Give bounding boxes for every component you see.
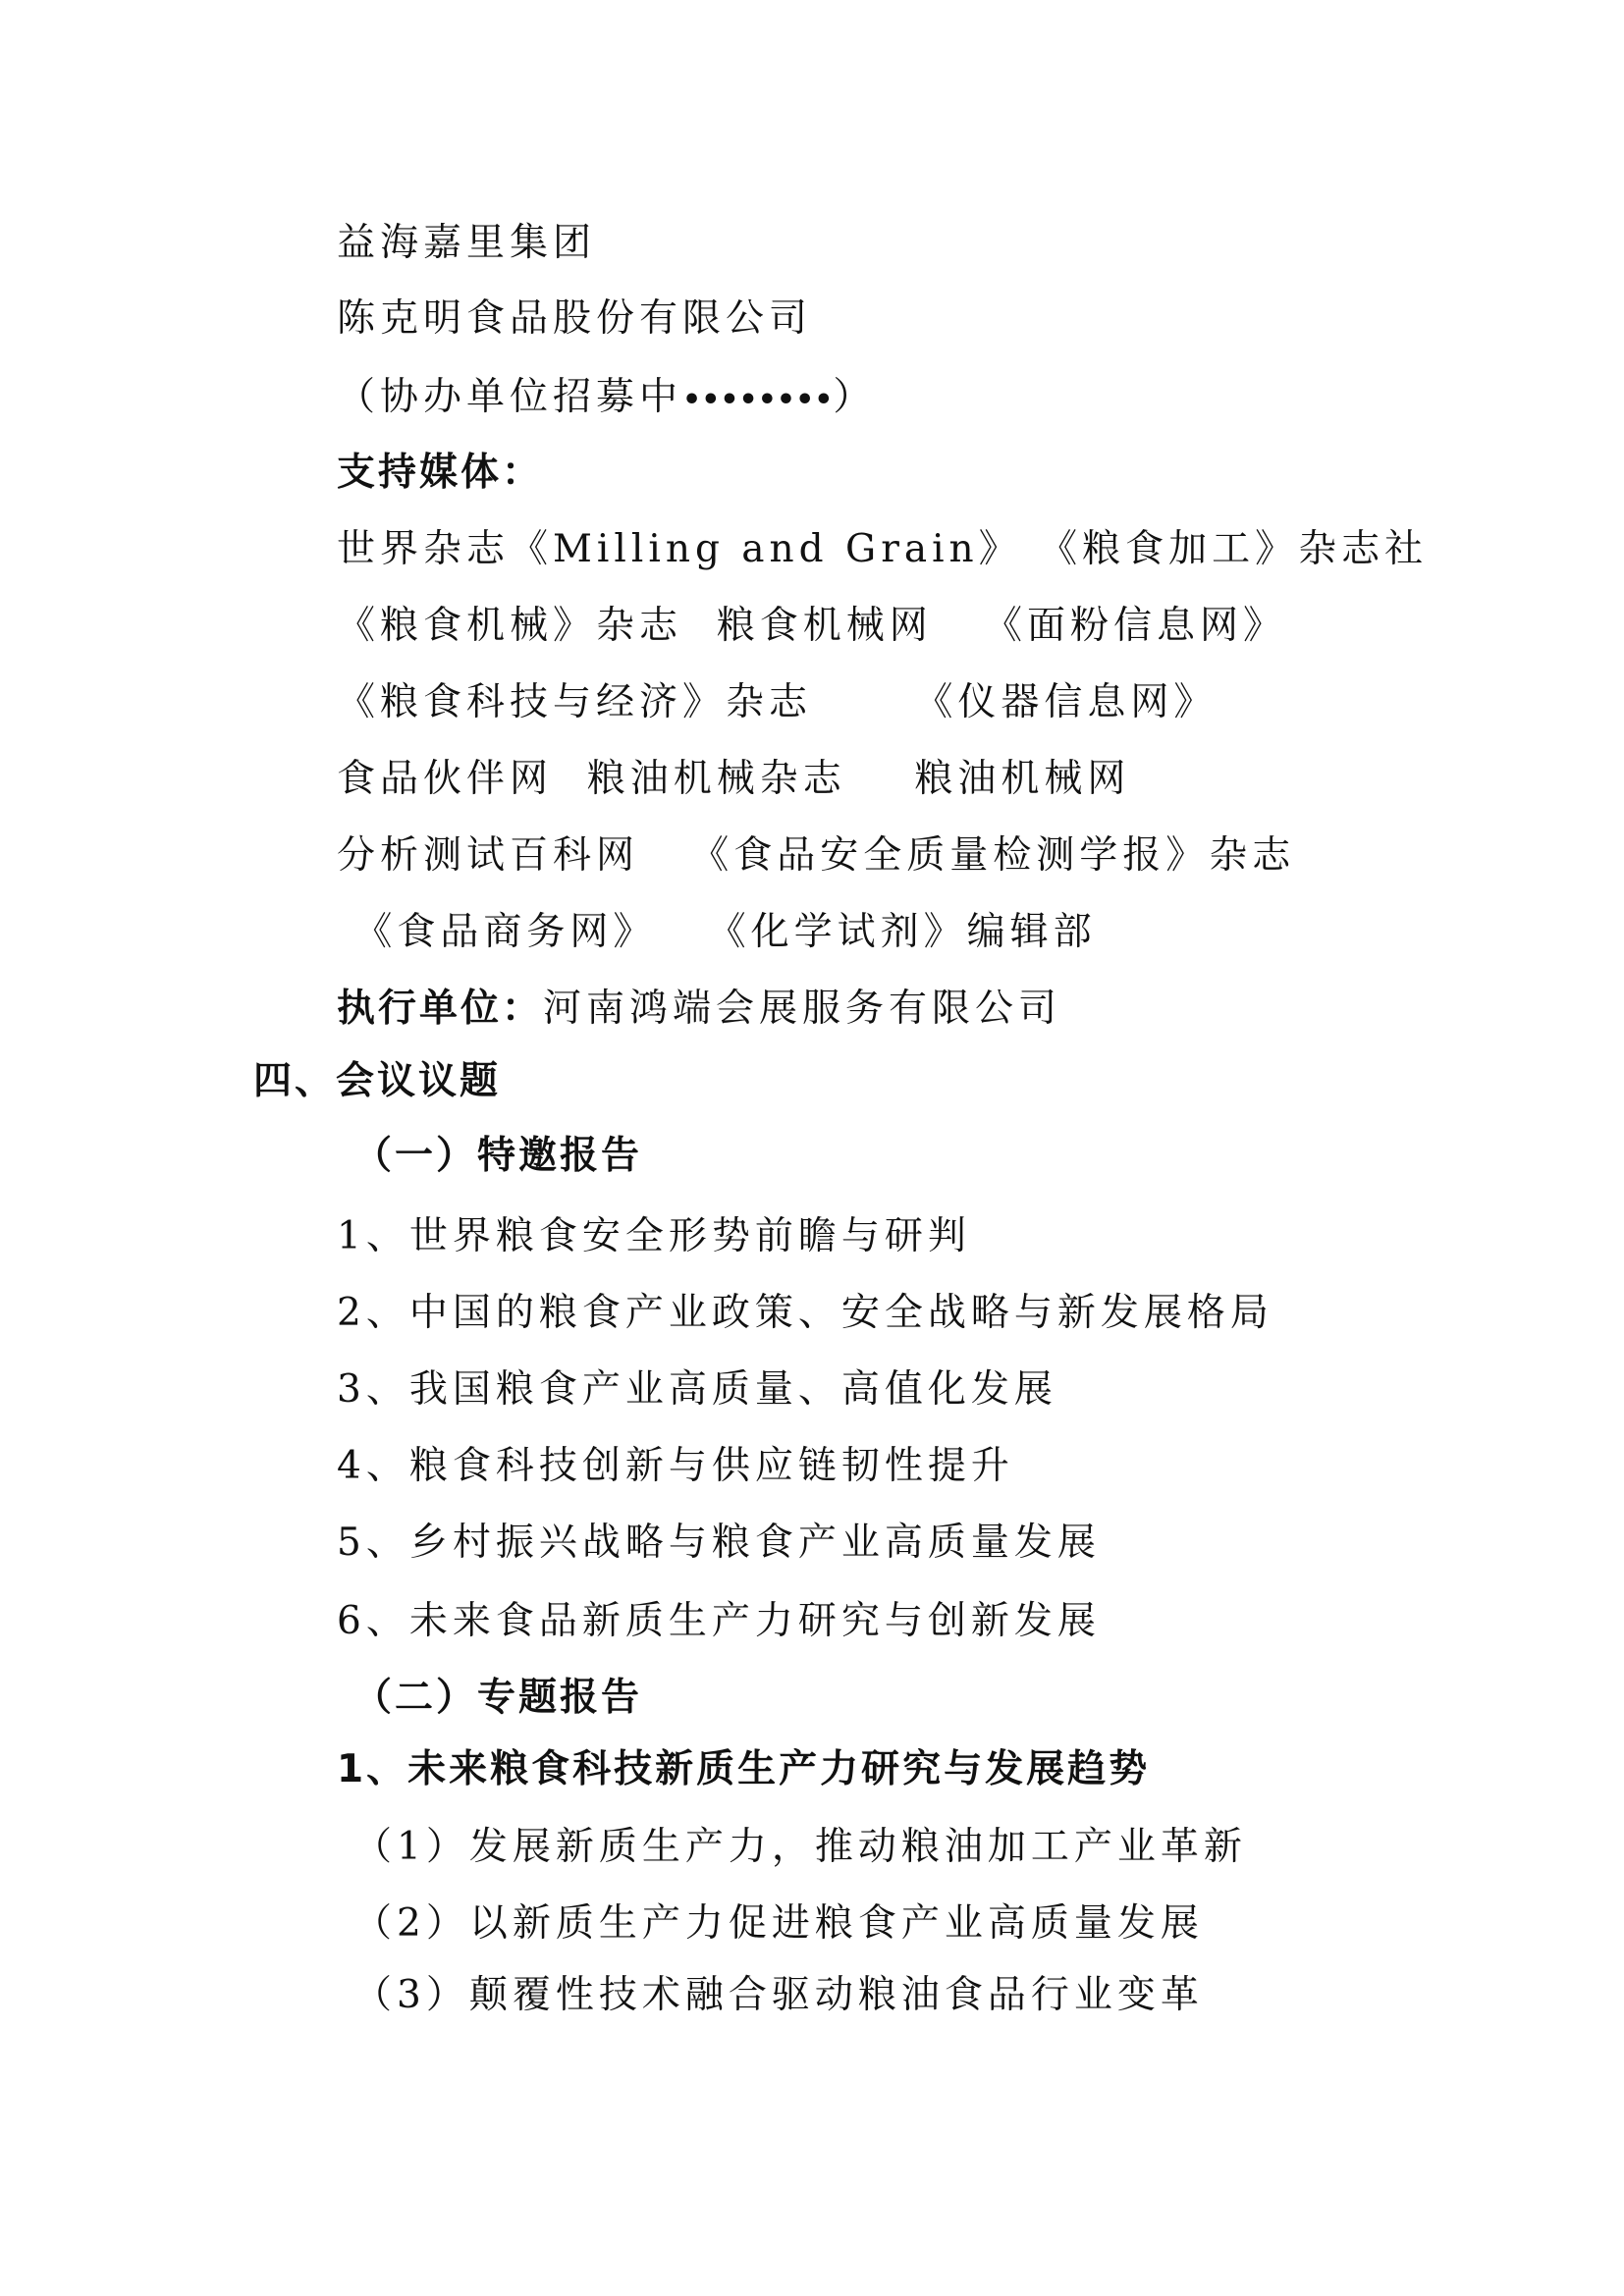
executor-label: 执行单位： [337,987,543,1031]
media-line: 分析测试百科网 《食品安全质量检测学报》杂志 [337,830,1295,881]
subsection-title: （一）特邀报告 [353,1131,642,1182]
list-item: 3、我国粮食产业高质量、高值化发展 [337,1364,1057,1415]
media-heading: 支持媒体： [337,448,543,499]
sub-list-item: （2）以新质生产力促进粮食产业高质量发展 [353,1898,1204,1949]
co-organizer-line: 陈克明食品股份有限公司 [337,294,812,345]
list-item: 4、粮食科技创新与供应链韧性提升 [337,1441,1014,1492]
list-item: 2、中国的粮食产业政策、安全战略与新发展格局 [337,1288,1273,1339]
executor-line: 执行单位：河南鸿端会展服务有限公司 [337,984,1061,1035]
ellipsis-dots: •••••••• [682,383,833,417]
list-item: 1、世界粮食安全形势前瞻与研判 [337,1211,971,1262]
media-line: 《粮食科技与经济》杂志 《仪器信息网》 [337,677,1217,728]
media-line: 《食品商务网》 《化学试剂》编辑部 [337,907,1097,958]
topic-title: 1、未来粮食科技新质生产力研究与发展趋势 [337,1744,1150,1795]
co-organizer-line: 益海嘉里集团 [337,218,596,269]
media-line: 食品伙伴网 粮油机械杂志 粮油机械网 [337,754,1130,805]
recruiting-open: （协办单位招募中 [337,375,682,419]
executor-value: 河南鸿端会展服务有限公司 [543,987,1061,1031]
recruiting-close: ） [833,375,876,419]
list-item: 5、乡村振兴战略与粮食产业高质量发展 [337,1518,1101,1569]
media-line: 世界杂志《Milling and Grain》 《粮食加工》杂志社 [337,524,1428,575]
subsection-title: （二）专题报告 [353,1673,642,1724]
document-page: 益海嘉里集团 陈克明食品股份有限公司 （协办单位招募中••••••••） 支持媒… [0,0,1624,2296]
list-item: 6、未来食品新质生产力研究与创新发展 [337,1596,1101,1647]
section-title: 四、会议议题 [253,1056,501,1107]
co-organizer-recruiting-note: （协办单位招募中••••••••） [337,372,876,423]
sub-list-item: （3）颠覆性技术融合驱动粮油食品行业变革 [353,1970,1204,2021]
sub-list-item: （1）发展新质生产力，推动粮油加工产业革新 [353,1822,1247,1873]
media-line: 《粮食机械》杂志 粮食机械网 《面粉信息网》 [337,601,1286,652]
